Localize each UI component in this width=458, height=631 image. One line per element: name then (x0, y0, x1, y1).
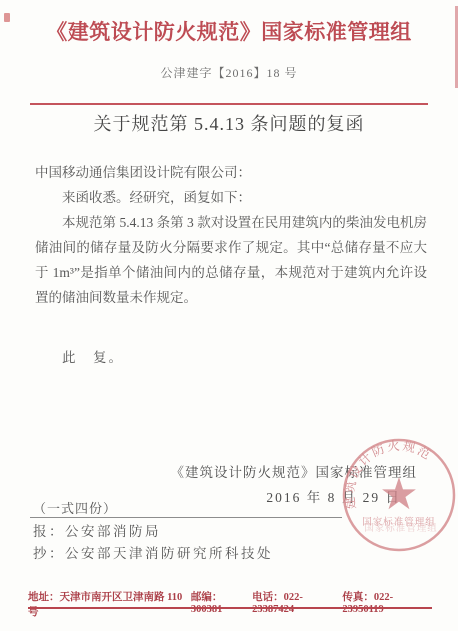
copies-underline (30, 517, 342, 518)
footer-address: 地址：天津市南开区卫津南路 110 号 (28, 589, 191, 619)
report-to-line: 报：公安部消防局 (33, 520, 161, 540)
intro-line: 来函收悉。经研究，函复如下： (35, 185, 427, 210)
letterhead-divider (30, 103, 428, 105)
footer-fax: 传真：022-23950119 (342, 589, 432, 619)
seal-star-icon: ★ (379, 469, 418, 520)
closing-line: 此 复。 (35, 345, 427, 370)
official-seal-stamp: ★ 建筑设计防火规范 国家标准管理组 国家标准管理组 (340, 435, 458, 555)
footer-postcode: 邮编：300381 (191, 589, 252, 619)
letterhead-title: 《建筑设计防火规范》国家标准管理组 (0, 16, 458, 46)
cc-line: 抄：公安部天津消防研究所科技处 (33, 542, 273, 562)
footer-phone: 电话：022-23387424 (252, 589, 342, 619)
document-title: 关于规范第 5.4.13 条问题的复函 (0, 110, 458, 136)
scanned-letter-page: 《建筑设计防火规范》国家标准管理组 公津建字【2016】18 号 关于规范第 5… (0, 0, 458, 631)
body-paragraph: 本规范第 5.4.13 条第 3 款对设置在民用建筑内的柴油发电机房储油间的储存… (35, 210, 427, 310)
letter-body: 中国移动通信集团设计院有限公司： 来函收悉。经研究，函复如下： 本规范第 5.4… (35, 160, 427, 370)
addressee-line: 中国移动通信集团设计院有限公司： (35, 160, 427, 185)
footer-divider (28, 607, 432, 609)
footer-contact-row: 地址：天津市南开区卫津南路 110 号 邮编：300381 电话：022-233… (28, 589, 432, 619)
seal-bottom-text-ghost: 国家标准管理组 (364, 522, 438, 534)
copies-note: （一式四份） (33, 498, 117, 517)
document-number: 公津建字【2016】18 号 (0, 64, 458, 81)
